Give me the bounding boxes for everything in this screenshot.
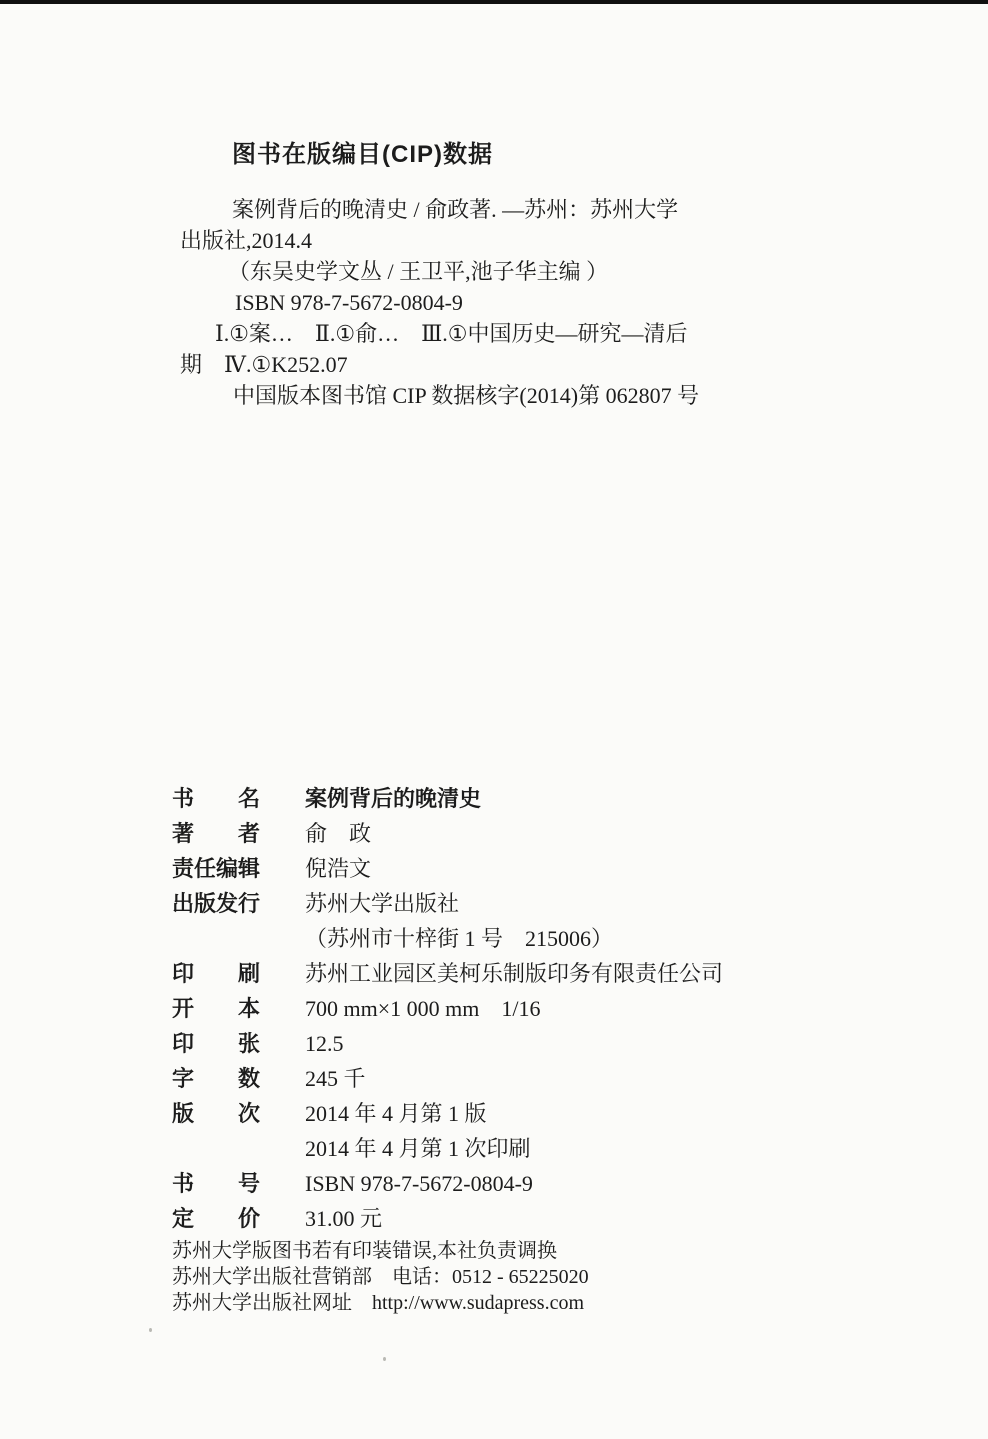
cip-isbn-line: ISBN 978-7-5672-0804-9 [180,287,860,318]
colophon-value: （苏州市十梓街 1 号 215006） [305,921,613,956]
cip-title-line-2: 出版社,2014.4 [180,225,860,256]
scan-speck-artifact [383,1357,386,1361]
colophon-row-editor: 责任编辑 倪浩文 [172,851,912,886]
colophon-value: 倪浩文 [305,851,371,886]
colophon-label: 版 次 [172,1096,272,1131]
colophon-label: 著 者 [172,816,272,851]
scan-top-edge-artifact [0,0,988,4]
cip-classification-line-1: Ⅰ.①案… Ⅱ.①俞… Ⅲ.①中国历史—研究—清后 [180,318,860,349]
scan-speck-artifact [149,1328,152,1332]
colophon-row-format: 开 本 700 mm×1 000 mm 1/16 [172,991,912,1026]
colophon-row-publisher: 出版发行 苏州大学出版社 [172,886,912,921]
cip-series-line: （东吴史学文丛 / 王卫平,池子华主编 ） [180,256,860,287]
colophon-value: 700 mm×1 000 mm 1/16 [305,991,540,1026]
colophon-value: ISBN 978-7-5672-0804-9 [305,1166,533,1201]
colophon-value: 12.5 [305,1026,344,1061]
colophon-row-book-title: 书 名 案例背后的晚清史 [172,781,912,816]
footer-website: 苏州大学出版社网址 http://www.sudapress.com [172,1290,912,1316]
book-copyright-page: 图书在版编目(CIP)数据 案例背后的晚清史 / 俞政著. —苏州：苏州大学 出… [0,0,988,1439]
colophon-row-printing: 2014 年 4 月第 1 次印刷 [172,1131,912,1166]
colophon-label: 开 本 [172,991,272,1026]
colophon-value: 2014 年 4 月第 1 次印刷 [305,1131,531,1166]
colophon-row-price: 定 价 31.00 元 [172,1201,912,1236]
colophon-label: 印 张 [172,1026,272,1061]
colophon-row-sheets: 印 张 12.5 [172,1026,912,1061]
colophon-row-publisher-address: （苏州市十梓街 1 号 215006） [172,921,912,956]
colophon-value: 案例背后的晚清史 [305,781,481,816]
colophon-row-printer: 印 刷 苏州工业园区美柯乐制版印务有限责任公司 [172,956,912,991]
cip-title-line-1: 案例背后的晚清史 / 俞政著. —苏州：苏州大学 [180,194,860,225]
colophon-value: 俞 政 [305,816,371,851]
colophon-label: 定 价 [172,1201,272,1236]
colophon-value: 31.00 元 [305,1201,382,1236]
footer-sales-phone: 苏州大学出版社营销部 电话：0512 - 65225020 [172,1264,912,1290]
colophon-row-isbn: 书 号 ISBN 978-7-5672-0804-9 [172,1166,912,1201]
colophon-value: 2014 年 4 月第 1 版 [305,1096,487,1131]
colophon-label: 书 号 [172,1166,272,1201]
colophon-block: 书 名 案例背后的晚清史 著 者 俞 政 责任编辑 倪浩文 出版发行 苏州大学出… [172,781,912,1236]
footer-notes-block: 苏州大学版图书若有印装错误,本社负责调换 苏州大学出版社营销部 电话：0512 … [172,1238,912,1316]
cip-registry-line: 中国版本图书馆 CIP 数据核字(2014)第 062807 号 [180,380,860,411]
colophon-row-author: 著 者 俞 政 [172,816,912,851]
colophon-row-wordcount: 字 数 245 千 [172,1061,912,1096]
colophon-label: 出版发行 [172,886,272,921]
colophon-row-edition: 版 次 2014 年 4 月第 1 版 [172,1096,912,1131]
colophon-value: 245 千 [305,1061,366,1096]
colophon-label: 书 名 [172,781,272,816]
colophon-value: 苏州工业园区美柯乐制版印务有限责任公司 [305,956,723,991]
footer-errata-note: 苏州大学版图书若有印装错误,本社负责调换 [172,1238,912,1264]
colophon-label: 印 刷 [172,956,272,991]
cip-classification-line-2: 期 Ⅳ.①K252.07 [180,349,860,380]
cip-heading: 图书在版编目(CIP)数据 [180,141,860,169]
colophon-value: 苏州大学出版社 [305,886,459,921]
colophon-label: 字 数 [172,1061,272,1096]
colophon-label: 责任编辑 [172,851,272,886]
cip-data-block: 图书在版编目(CIP)数据 案例背后的晚清史 / 俞政著. —苏州：苏州大学 出… [180,141,860,411]
